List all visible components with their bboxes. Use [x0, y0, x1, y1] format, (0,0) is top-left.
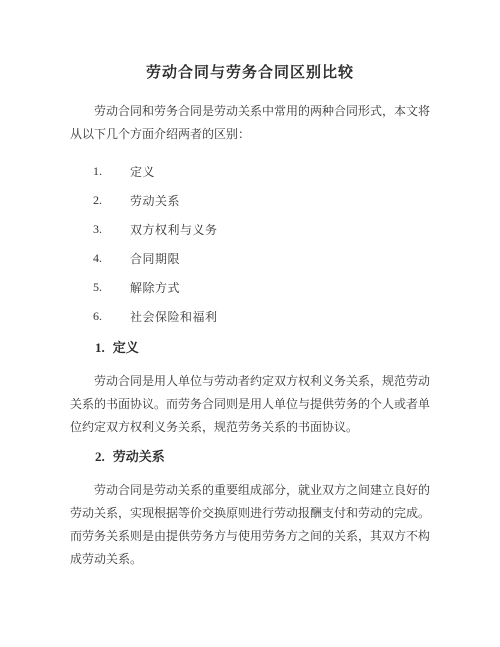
list-item: 2. 劳动关系 — [70, 186, 430, 215]
section-number: 2. — [95, 448, 105, 466]
list-item-label: 定义 — [130, 163, 155, 180]
list-item: 5. 解除方式 — [70, 273, 430, 302]
list-item-number: 2. — [93, 193, 130, 208]
page-title: 劳动合同与劳务合同区别比较 — [70, 62, 430, 84]
list-item-number: 3. — [93, 222, 130, 237]
section-paragraph: 劳动合同是用人单位与劳动者约定双方权利义务关系，规范劳动关系的书面协议。而劳务合… — [70, 370, 430, 439]
section-paragraph: 劳动合同是劳动关系的重要组成部分，就业双方之间建立良好的劳动关系，实现根据等价交… — [70, 479, 430, 571]
section-heading: 1.定义 — [70, 339, 430, 357]
list-item-number: 6. — [93, 309, 130, 324]
list-item-label: 合同期限 — [130, 250, 180, 267]
list-item-label: 劳动关系 — [130, 192, 180, 209]
list-item-label: 社会保险和福利 — [130, 308, 218, 325]
topic-list: 1. 定义 2. 劳动关系 3. 双方权利与义务 4. 合同期限 5. 解除方式… — [70, 157, 430, 331]
list-item-label: 双方权利与义务 — [130, 221, 218, 238]
section-labor-relation: 2.劳动关系 劳动合同是劳动关系的重要组成部分，就业双方之间建立良好的劳动关系，… — [70, 448, 430, 571]
list-item: 3. 双方权利与义务 — [70, 215, 430, 244]
list-item-number: 5. — [93, 280, 130, 295]
section-heading: 2.劳动关系 — [70, 448, 430, 466]
section-title: 定义 — [113, 340, 139, 355]
list-item-label: 解除方式 — [130, 279, 180, 296]
section-title: 劳动关系 — [113, 449, 165, 464]
list-item-number: 1. — [93, 164, 130, 179]
document-page: 劳动合同与劳务合同区别比较 劳动合同和劳务合同是劳动关系中常用的两种合同形式，本… — [0, 0, 500, 647]
list-item: 4. 合同期限 — [70, 244, 430, 273]
intro-paragraph: 劳动合同和劳务合同是劳动关系中常用的两种合同形式，本文将从以下几个方面介绍两者的… — [70, 100, 430, 146]
section-definition: 1.定义 劳动合同是用人单位与劳动者约定双方权利义务关系，规范劳动关系的书面协议… — [70, 339, 430, 439]
section-number: 1. — [95, 339, 105, 357]
list-item: 6. 社会保险和福利 — [70, 302, 430, 331]
list-item-number: 4. — [93, 251, 130, 266]
list-item: 1. 定义 — [70, 157, 430, 186]
